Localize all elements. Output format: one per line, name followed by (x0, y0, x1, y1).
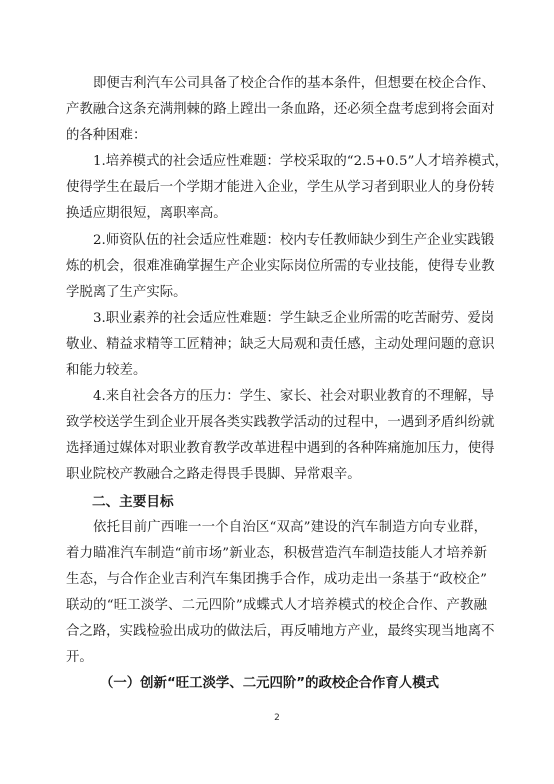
paragraph-difficulty-2: 2.师资队伍的社会适应性难题：校内专任教师缺少到生产企业实践锻 炼的机会，很难准… (66, 228, 487, 306)
text-line: 联动的“旺工淡学、二元四阶”成蝶式人才培养模式的校企合作、产教融 (66, 593, 487, 619)
text-line: 生态，与合作企业吉利汽车集团携手合作，成功走出一条基于“政校企” (66, 567, 487, 593)
text-line: 职业院校产教融合之路走得畏手畏脚、异常艰辛。 (66, 462, 487, 488)
text-line: 着力瞄准汽车制造“前市场”新业态，积极营造汽车制造技能人才培养新 (66, 541, 487, 567)
text-line: 的各种困难： (66, 123, 487, 149)
text-line: 即便吉利汽车公司具备了校企合作的基本条件，但想要在校企合作、 (66, 71, 487, 97)
text-line: 使得学生在最后一个学期才能进入企业，学生从学习者到职业人的身份转 (66, 175, 487, 201)
paragraph-intro: 即便吉利汽车公司具备了校企合作的基本条件，但想要在校企合作、 产教融合这条充满荆… (66, 71, 487, 149)
text-line: 开。 (66, 645, 487, 671)
text-line: 依托目前广西唯一一个自治区“双高”建设的汽车制造方向专业群， (66, 515, 487, 541)
paragraph-difficulty-3: 3.职业素养的社会适应性难题：学生缺乏企业所需的吃苦耐劳、爱岗 敬业、精益求精等… (66, 306, 487, 384)
text-line: 选择通过媒体对职业教育教学改革进程中遇到的各种阵痛施加压力，使得 (66, 436, 487, 462)
text-line: 合之路，实践检验出成功的做法后，再反哺地方产业，最终实现当地离不 (66, 619, 487, 645)
text-line: 炼的机会，很难准确掌握生产企业实际岗位所需的专业技能，使得专业教 (66, 254, 487, 280)
text-line: 敬业、精益求精等工匠精神；缺乏大局观和责任感，主动处理问题的意识 (66, 332, 487, 358)
text-line: 4.来自社会各方的压力：学生、家长、社会对职业教育的不理解，导 (66, 384, 487, 410)
text-line: 3.职业素养的社会适应性难题：学生缺乏企业所需的吃苦耐劳、爱岗 (66, 306, 487, 332)
document-page: 即便吉利汽车公司具备了校企合作的基本条件，但想要在校企合作、 产教融合这条充满荆… (0, 0, 554, 784)
text-line: 2.师资队伍的社会适应性难题：校内专任教师缺少到生产企业实践锻 (66, 228, 487, 254)
paragraph-difficulty-4: 4.来自社会各方的压力：学生、家长、社会对职业教育的不理解，导 致学校送学生到企… (66, 384, 487, 488)
paragraph-difficulty-1: 1.培养模式的社会适应性难题：学校采取的“2.5+0.5”人才培养模式， 使得学… (66, 149, 487, 227)
page-number: 2 (0, 713, 554, 723)
subsection-heading: （一）创新“旺工淡学、二元四阶”的政校企合作育人模式 (66, 671, 487, 697)
text-line: 产教融合这条充满荆棘的路上蹚出一条血路，还必须全盘考虑到将会面对 (66, 97, 487, 123)
text-line: 换适应期很短，离职率高。 (66, 201, 487, 227)
text-line: 和能力较差。 (66, 358, 487, 384)
text-line: 学脱离了生产实际。 (66, 280, 487, 306)
text-line: 1.培养模式的社会适应性难题：学校采取的“2.5+0.5”人才培养模式， (66, 149, 487, 175)
section-heading: 二、主要目标 (66, 489, 487, 515)
text-line: 致学校送学生到企业开展各类实践教学活动的过程中，一遇到矛盾纠纷就 (66, 410, 487, 436)
document-body: 即便吉利汽车公司具备了校企合作的基本条件，但想要在校企合作、 产教融合这条充满荆… (66, 71, 487, 697)
paragraph-main-goal: 依托目前广西唯一一个自治区“双高”建设的汽车制造方向专业群， 着力瞄准汽车制造“… (66, 515, 487, 672)
